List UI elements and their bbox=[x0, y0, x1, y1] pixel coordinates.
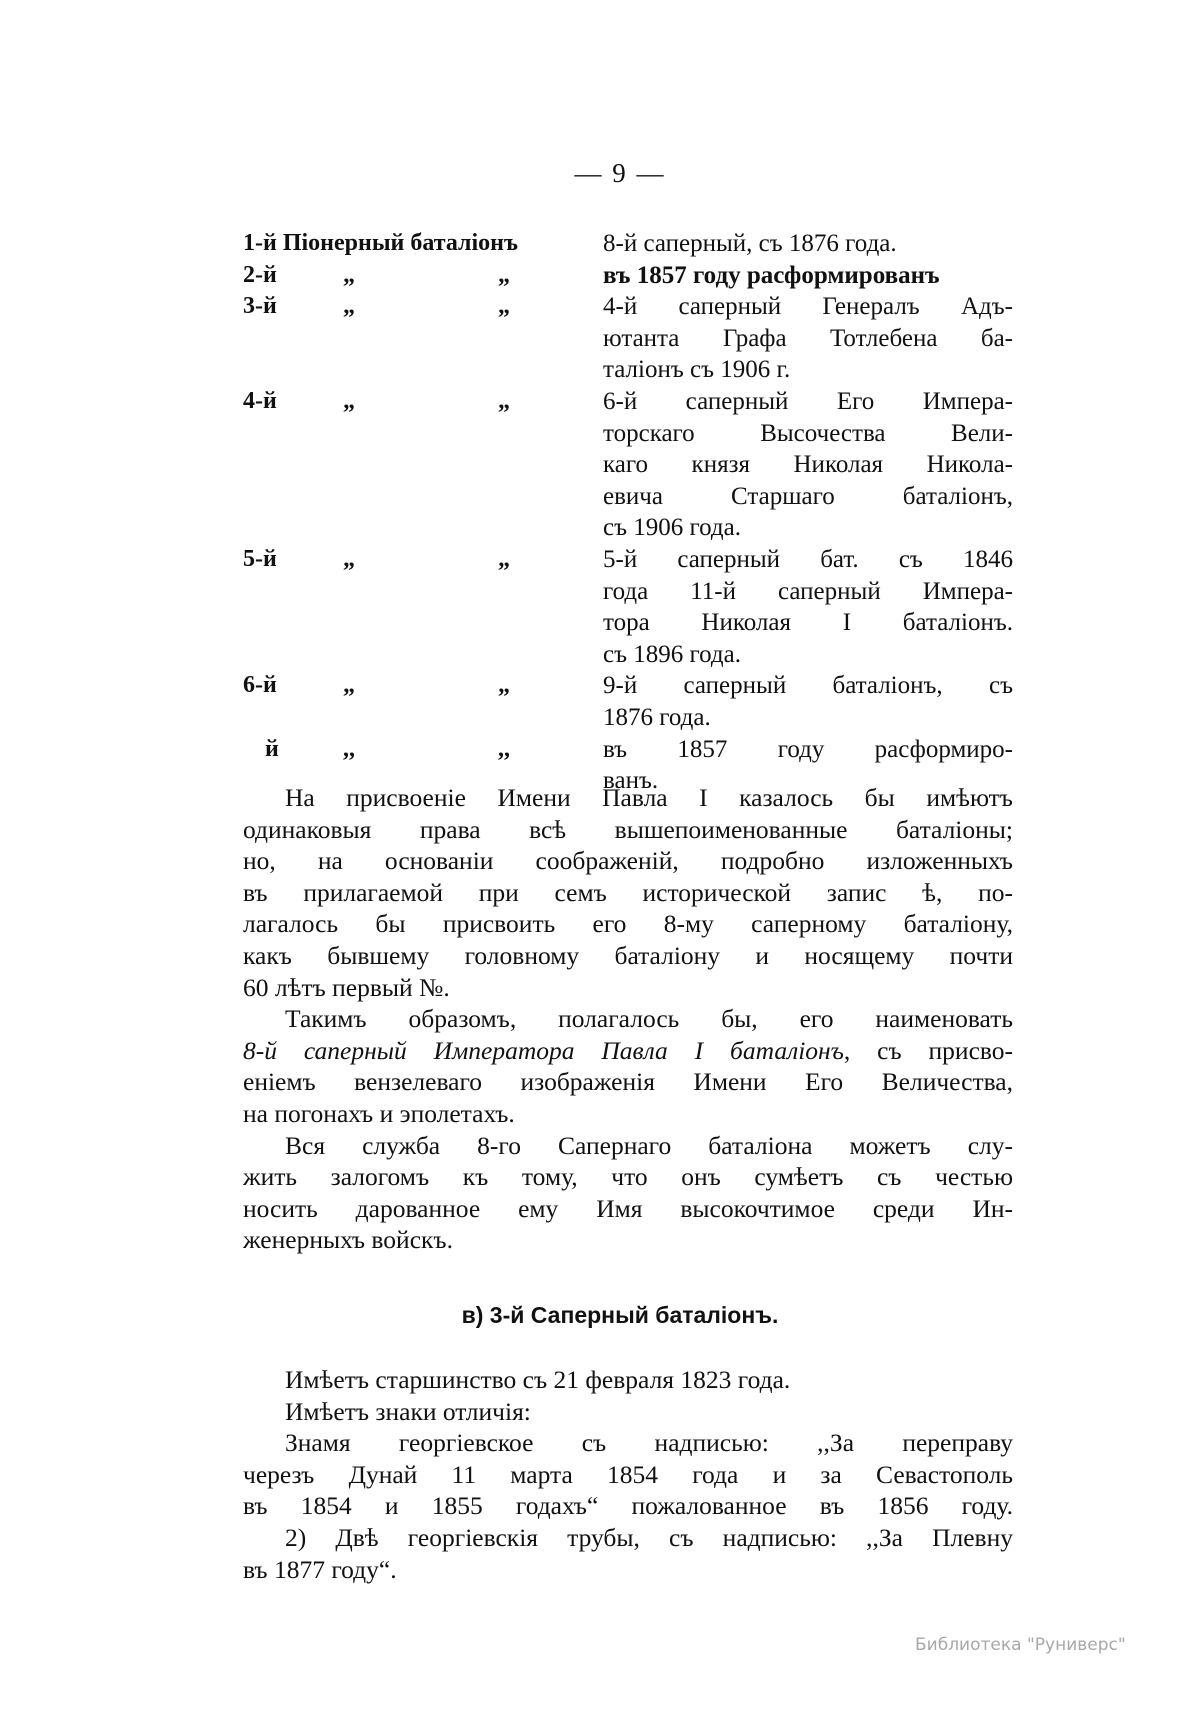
text-fragment: , съ присво- bbox=[844, 1036, 1013, 1065]
text-line: въ 1854 и 1855 годахъ“ пожалованное въ 1… bbox=[243, 1490, 1013, 1522]
table-row: 1-й Піонерный баталіонъ 8-й саперный, съ… bbox=[243, 228, 1013, 260]
row-text-line: евича Старшаго баталіонъ, bbox=[603, 481, 1013, 513]
paragraph-service: Вся служба 8-го Сапернаго баталіона може… bbox=[243, 1130, 1013, 1256]
table-row: 6-й „ „ 9-й саперный баталіонъ, съ 1876 … bbox=[243, 670, 1013, 733]
text-line: 60 лѣтъ первый №. bbox=[243, 972, 1013, 1004]
row-text-line: ютанта Графа Тотлебена ба- bbox=[603, 323, 1013, 355]
text-line: 8-й саперный Императора Павла I баталіон… bbox=[243, 1035, 1013, 1067]
italic-battalion-name: 8-й саперный Императора Павла I баталіон… bbox=[243, 1036, 844, 1065]
text-line: въ прилагаемой при семъ исторической зап… bbox=[243, 877, 1013, 909]
row-text-line: 8-й саперный, съ 1876 года. bbox=[603, 228, 1013, 260]
row-text-line: съ 1896 года. bbox=[603, 639, 1013, 671]
ditto-mark: „ bbox=[498, 260, 510, 292]
text-line: Такимъ образомъ, полагалось бы, его наим… bbox=[243, 1003, 1013, 1035]
row-text-line: 6-й саперный Его Импера- bbox=[603, 386, 1013, 418]
row-text-line: въ 1857 году расформиро- bbox=[603, 734, 1013, 766]
battalion-table: 1-й Піонерный баталіонъ 8-й саперный, съ… bbox=[243, 228, 1013, 797]
row-text-line: торскаго Высочества Вели- bbox=[603, 418, 1013, 450]
row-label: 5-й bbox=[243, 544, 343, 576]
paragraph-naming: Такимъ образомъ, полагалось бы, его наим… bbox=[243, 1003, 1013, 1129]
table-row: 2-й „ „ въ 1857 году расформированъ bbox=[243, 260, 1013, 292]
body-text: На присвоеніе Имени Павла I казалось бы … bbox=[243, 782, 1013, 1256]
row-text-line: 5-й саперный бат. съ 1846 bbox=[603, 544, 1013, 576]
row-text-line: 4-й саперный Генералъ Адъ- bbox=[603, 291, 1013, 323]
row-text-line: въ 1857 году расформированъ bbox=[603, 260, 1013, 292]
text-line: въ 1877 году“. bbox=[243, 1554, 1013, 1586]
row-text-line: таліонъ съ 1906 г. bbox=[603, 354, 1013, 386]
row-text-line: съ 1906 года. bbox=[603, 512, 1013, 544]
ditto-mark: „ bbox=[498, 291, 510, 323]
row-label: 3-й bbox=[243, 291, 343, 323]
paragraph-pavel-name: На присвоеніе Имени Павла I казалось бы … bbox=[243, 782, 1013, 1003]
table-row: 5-й „ „ 5-й саперный бат. съ 1846 года 1… bbox=[243, 544, 1013, 670]
text-line: Знамя георгіевское съ надписью: ,,За пер… bbox=[243, 1427, 1013, 1459]
ditto-mark: ,, bbox=[343, 734, 355, 766]
text-line: Имѣетъ старшинство съ 21 февраля 1823 го… bbox=[243, 1364, 1013, 1396]
text-line: черезъ Дунай 11 марта 1854 года и за Сев… bbox=[243, 1459, 1013, 1491]
text-line: какъ бывшему головному баталіону и носящ… bbox=[243, 940, 1013, 972]
section-heading: в) 3-й Саперный баталіонъ. bbox=[0, 1302, 1200, 1329]
row-label: 2-й bbox=[243, 260, 343, 292]
row-text-line: 1876 года. bbox=[603, 702, 1013, 734]
text-line: женерныхъ войскъ. bbox=[243, 1224, 1013, 1256]
text-line: жить залогомъ къ тому, что онъ сумѣетъ с… bbox=[243, 1161, 1013, 1193]
ditto-mark: „ bbox=[343, 386, 355, 418]
row-text-line: каго князя Николая Никола- bbox=[603, 449, 1013, 481]
ditto-mark: „ bbox=[343, 670, 355, 702]
table-row: 4-й „ „ 6-й саперный Его Импера- торскаг… bbox=[243, 386, 1013, 544]
row-label: 4-й bbox=[243, 386, 343, 418]
ditto-mark: „ bbox=[343, 260, 355, 292]
row-label: й bbox=[243, 734, 343, 766]
text-line: еніемъ вензелеваго изображенія Имени Его… bbox=[243, 1066, 1013, 1098]
text-line: 2) Двѣ георгіевскія трубы, съ надписью: … bbox=[243, 1522, 1013, 1554]
text-line: но, на основаніи соображеній, подробно и… bbox=[243, 845, 1013, 877]
section-paragraph: Имѣетъ старшинство съ 21 февраля 1823 го… bbox=[243, 1364, 1013, 1585]
row-label: 1-й Піонерный баталіонъ bbox=[243, 230, 518, 256]
ditto-mark: „ bbox=[498, 386, 510, 418]
ditto-mark: „ bbox=[498, 544, 510, 576]
row-text-line: года 11-й саперный Импера- bbox=[603, 576, 1013, 608]
text-line: лагалось бы присвоить его 8-му саперному… bbox=[243, 908, 1013, 940]
text-line: на погонахъ и эполетахъ. bbox=[243, 1098, 1013, 1130]
text-line: носить дарованное ему Имя высокочтимое с… bbox=[243, 1193, 1013, 1225]
text-line: Вся служба 8-го Сапернаго баталіона може… bbox=[243, 1130, 1013, 1162]
library-watermark: Библиотека "Руниверс" bbox=[915, 1635, 1126, 1655]
ditto-mark: „ bbox=[498, 670, 510, 702]
text-line: одинаковыя права всѣ вышепоименованные б… bbox=[243, 814, 1013, 846]
ditto-mark: „ bbox=[343, 291, 355, 323]
row-text-line: 9-й саперный баталіонъ, съ bbox=[603, 670, 1013, 702]
ditto-mark: „ bbox=[343, 544, 355, 576]
table-row: 3-й „ „ 4-й саперный Генералъ Адъ- ютант… bbox=[243, 291, 1013, 386]
section-body: Имѣетъ старшинство съ 21 февраля 1823 го… bbox=[243, 1364, 1013, 1585]
ditto-mark: ,, bbox=[498, 734, 510, 766]
row-text-line: тора Николая I баталіонъ. bbox=[603, 607, 1013, 639]
row-label: 6-й bbox=[243, 670, 343, 702]
page-number: — 9 — bbox=[0, 158, 1200, 189]
text-line: Имѣетъ знаки отличія: bbox=[243, 1396, 1013, 1428]
text-line: На присвоеніе Имени Павла I казалось бы … bbox=[243, 782, 1013, 814]
